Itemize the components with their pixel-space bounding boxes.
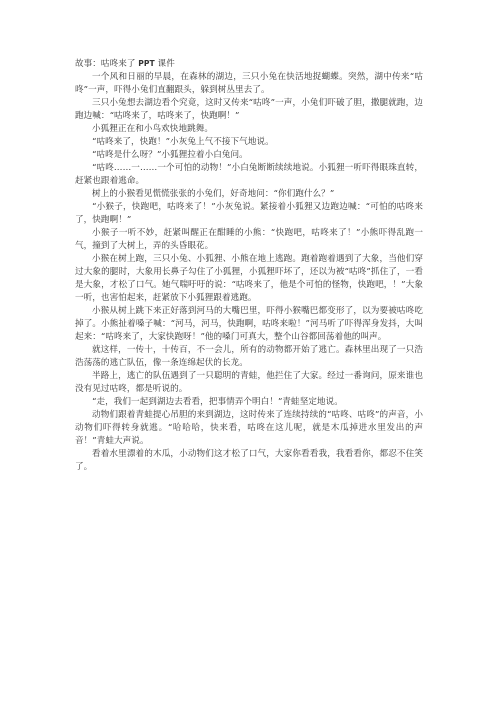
paragraph: 就这样，一传十，十传百，不一会儿，所有的动物都开始了逃亡。森林里出现了一只浩浩荡…: [75, 344, 423, 370]
paragraph: 小猴从树上跳下来正好落到河马的大嘴巴里，吓得小猴嘴巴都变形了，以为要被咕咚吃掉了…: [75, 305, 423, 344]
paragraph: “咕咚是什么呀？”小狐狸拉着小白兔问。: [75, 149, 423, 162]
paragraph: 树上的小猴看见慌慌张张的小兔们，好奇地问：“你们跑什么？”: [75, 188, 423, 201]
document-page: 故事：咕咚来了 PPT 课件 一个风和日丽的早晨，在森林的湖边，三只小兔在快活地…: [75, 57, 423, 474]
paragraph: 一个风和日丽的早晨，在森林的湖边，三只小兔在快活地捉蝴蝶。突然，湖中传来“咕咚”…: [75, 71, 423, 97]
paragraph: “走，我们一起到湖边去看看，把事情弄个明白！”青蛙坚定地说。: [75, 396, 423, 409]
title-suffix-text: 课件: [155, 59, 175, 69]
paragraph: 小狐狸正在和小鸟欢快地跳舞。: [75, 123, 423, 136]
paragraph: “咕咚来了，快跑！”小灰兔上气不接下气地说。: [75, 136, 423, 149]
paragraph: “咕咚……一……一个可怕的动物！”小白兔断断续续地说。小狐狸一听吓得眼珠直转，赶…: [75, 162, 423, 188]
paragraph: 看着水里漂着的木瓜，小动物们这才松了口气，大家你看看我，我看看你，都忍不住笑了。: [75, 448, 423, 474]
title-latin-text: PPT: [138, 59, 154, 68]
title-text: 故事：咕咚来了: [75, 59, 138, 69]
paragraph: 三只小兔想去湖边看个究竟，这时又传来“咕咚”一声，小兔们吓破了胆，撒腿就跑，边跑…: [75, 97, 423, 123]
paragraph: 动物们跟着青蛙提心吊胆的来到湖边，这时传来了连续持续的“咕咚、咕咚”的声音，小动…: [75, 409, 423, 448]
paragraph: 半路上，逃亡的队伍遇到了一只聪明的青蛙，他拦住了大家。经过一番询问，原来谁也没有…: [75, 370, 423, 396]
paragraph: “小猴子，快跑吧，咕咚来了！”小灰兔说。紧接着小狐狸又边跑边喊：“可怕的咕咚来了…: [75, 201, 423, 227]
paragraph: 小猴子一听不妙，赶紧叫醒正在酣睡的小熊：“快跑吧，咕咚来了！”小熊吓得乱跑一气，…: [75, 227, 423, 253]
document-title: 故事：咕咚来了 PPT 课件: [75, 57, 423, 71]
paragraph: 小猴在树上跑，三只小兔、小狐狸、小熊在地上逃跑。跑着跑着遇到了大象，当他们穿过大…: [75, 253, 423, 305]
